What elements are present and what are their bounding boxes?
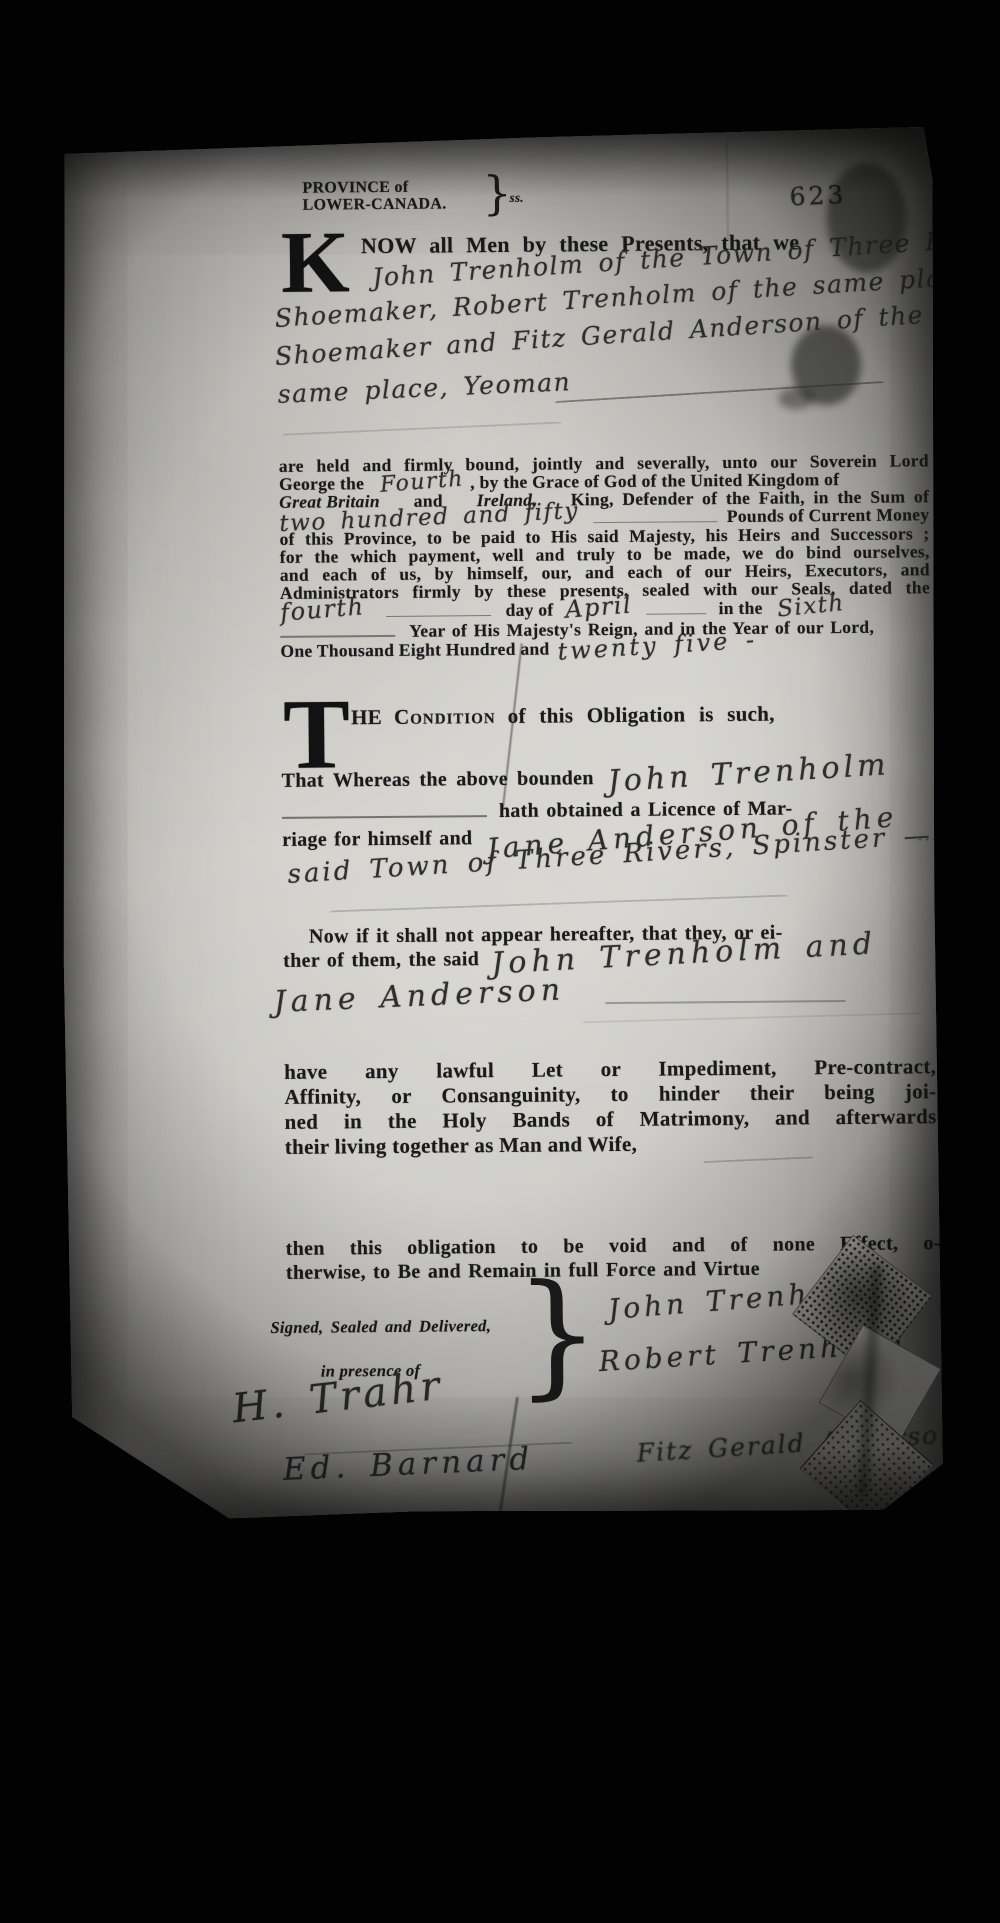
whereas-groom-hand: John Trenholm (607, 747, 891, 799)
flourish-after-wife (703, 1149, 813, 1163)
bond-line11-print: One Thousand Eight Hundred and (280, 639, 549, 662)
riage-print: riage for himself and (282, 827, 472, 852)
handwritten-parties-line4: same place, Yeoman (277, 367, 572, 409)
rule-line (593, 520, 717, 523)
province-line1: PROVINCE of (302, 178, 446, 196)
province-heading: PROVINCE of LOWER-CANADA. (302, 178, 446, 213)
condition-print1: HE (351, 705, 382, 730)
signed-sealed-label: Signed, Sealed and Delivered, (270, 1316, 491, 1338)
attestation-brace: } (514, 1279, 601, 1390)
document-paper: PROVINCE of LOWER-CANADA. } ss. 623 K NO… (54, 124, 944, 1520)
condition-smallcaps: Condition (394, 704, 496, 730)
impediment-line4: their living together as Man and Wife, (285, 1132, 637, 1160)
proviso-bride-hand: Jane Anderson (273, 972, 566, 1020)
rule-line (387, 614, 492, 617)
impediment-line3: ned in the Holy Bands of Matrimony, and … (285, 1104, 937, 1135)
whereas-print: That Whereas the above bounden (282, 767, 594, 793)
ss-abbreviation: ss. (509, 190, 523, 206)
dropcap-t: T (283, 695, 350, 774)
bond-line9-print2: in the (718, 598, 762, 619)
province-line2: LOWER-CANADA. (303, 195, 447, 213)
flourish-under-spinster (329, 887, 789, 912)
microfilm-frame: PROVINCE of LOWER-CANADA. } ss. 623 K NO… (0, 0, 1000, 1923)
condition-print2: of this Obligation is such, (508, 702, 775, 729)
signature-witness2: Ed. Barnard (282, 1441, 535, 1488)
rule-line (647, 612, 707, 615)
rule-line (605, 999, 845, 1004)
proviso-line2-print: ther of them, the said (283, 948, 479, 973)
header-brace: } (482, 166, 512, 220)
bond-line9-print1: day of (505, 600, 553, 621)
ink-blot-small (778, 387, 814, 409)
rule-line (282, 814, 487, 819)
faint-flourish-line (281, 415, 561, 436)
paper-crease-top (726, 140, 728, 240)
dropcap-k: K (281, 229, 350, 298)
rule-line (280, 634, 395, 638)
